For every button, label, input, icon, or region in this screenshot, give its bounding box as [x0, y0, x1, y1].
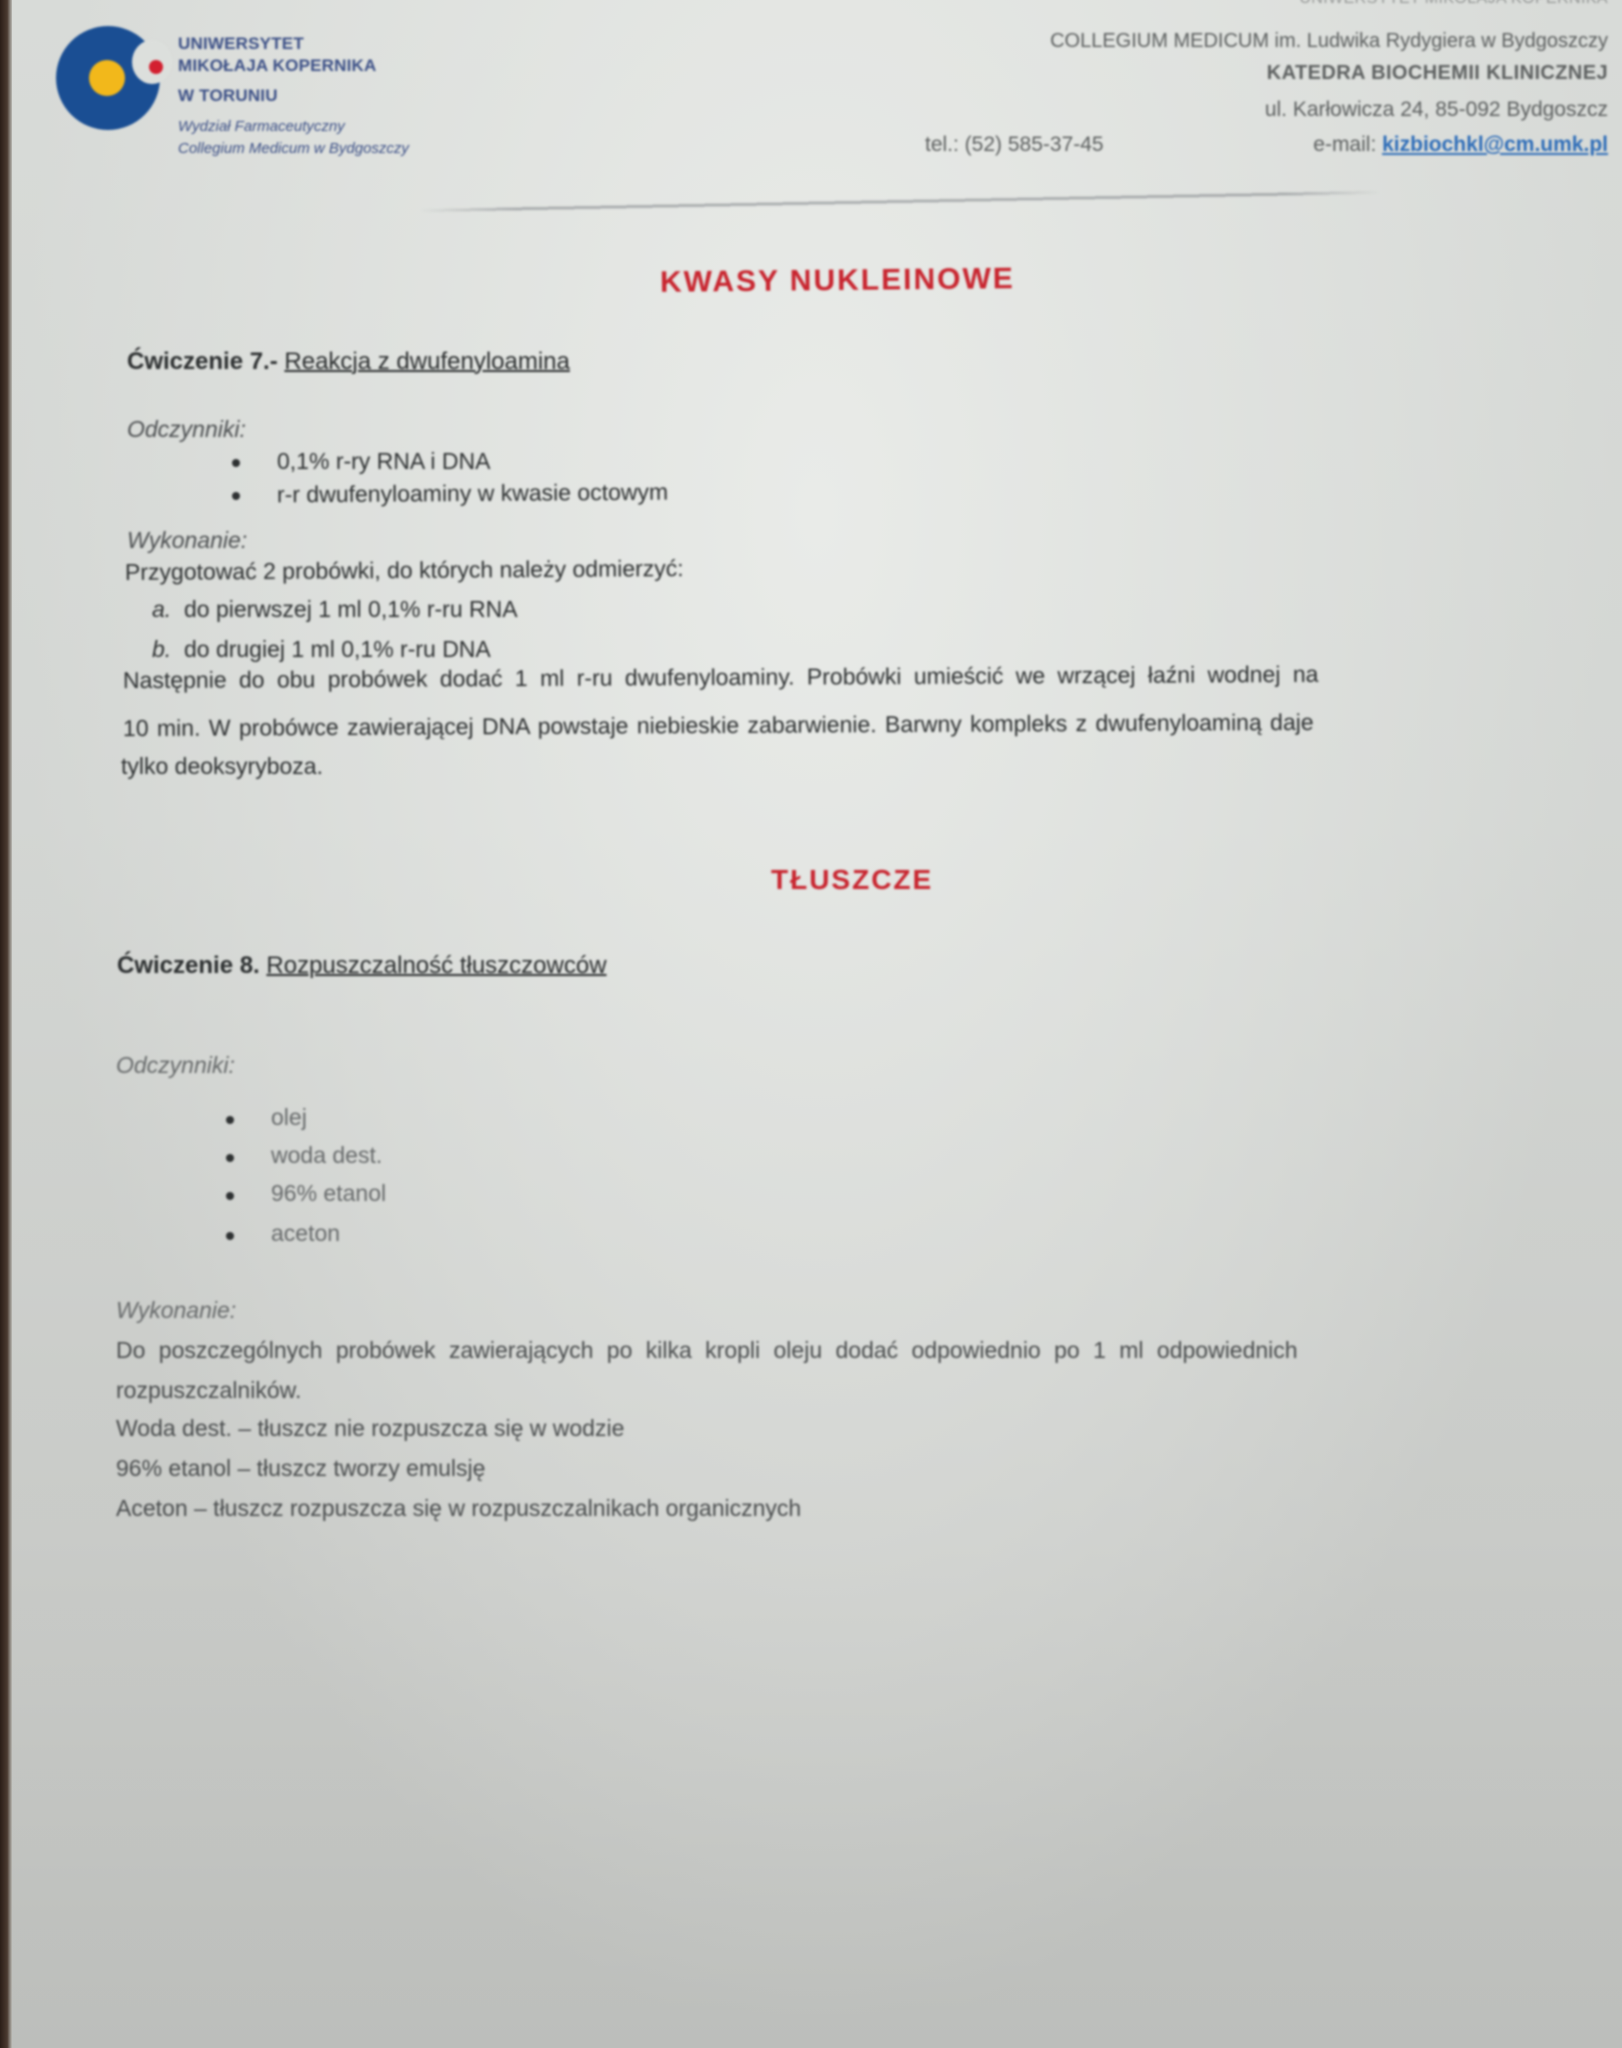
header-top-cut: UNIWERSYTET MIKOŁAJA KOPERNIKA: [1299, 0, 1608, 8]
logo-dot-icon: [149, 60, 163, 74]
result-line: Woda dest. – tłuszcz nie rozpuszcza się …: [116, 1415, 624, 1442]
step-a: a. do pierwszej 1 ml 0,1% r-ru RNA: [152, 596, 518, 623]
email-label: e-mail:: [1313, 133, 1376, 156]
exercise-7-title: Ćwiczenie 7.- Reakcja z dwufenyloamina: [127, 348, 570, 376]
reagent-item: r-r dwufenyloaminy w kwasie octowym: [277, 479, 668, 509]
desk-edge: [0, 0, 12, 2048]
reagent-item: 0,1% r-ry RNA i DNA: [277, 448, 490, 475]
paragraph-line: rozpuszczalników.: [116, 1377, 301, 1404]
faculty-name: Wydział Farmaceutyczny: [178, 118, 345, 135]
reagent-item: aceton: [271, 1220, 340, 1247]
paragraph-line: Do poszczególnych probówek zawierających…: [116, 1337, 1298, 1364]
paragraph-line: tylko deoksyryboza.: [121, 753, 323, 780]
step-marker: a.: [152, 596, 171, 622]
department-name: KATEDRA BIOCHEMII KLINICZNEJ: [1267, 62, 1608, 85]
address: ul. Karłowicza 24, 85-092 Bydgoszcz: [1265, 98, 1608, 122]
exercise-8-name: Rozpuszczalność tłuszczowców: [266, 952, 606, 979]
phone: tel.: (52) 585-37-45: [925, 133, 1104, 157]
exercise-7-number: Ćwiczenie 7.-: [127, 348, 278, 375]
paper-sheet: [12, 0, 1622, 2048]
university-name-line3: W TORUNIU: [178, 86, 278, 106]
step-text: do drugiej 1 ml 0,1% r-ru DNA: [184, 636, 491, 662]
bullet-icon: [226, 1116, 234, 1124]
result-line: Aceton – tłuszcz rozpuszcza się w rozpus…: [116, 1495, 801, 1522]
campus-name: Collegium Medicum w Bydgoszczy: [178, 140, 409, 157]
procedure-label-7: Wykonanie:: [127, 527, 247, 554]
email-link[interactable]: kizbiochkl@cm.umk.pl: [1382, 133, 1608, 156]
section-title-fats: TŁUSZCZE: [771, 864, 933, 896]
result-line: 96% etanol – tłuszcz tworzy emulsję: [116, 1455, 485, 1482]
step-marker: b.: [152, 636, 171, 662]
step-b: b. do drugiej 1 ml 0,1% r-ru DNA: [152, 636, 491, 663]
bullet-icon: [232, 459, 240, 467]
exercise-7-name: Reakcja z dwufenyloamina: [284, 348, 569, 375]
section-title-nucleic-acids: KWASY NUKLEINOWE: [660, 262, 1015, 300]
bullet-icon: [232, 492, 240, 500]
email-row: e-mail: kizbiochkl@cm.umk.pl: [1313, 133, 1608, 157]
university-name-line1: UNIWERSYTET: [178, 34, 304, 54]
university-name-line2: MIKOŁAJA KOPERNIKA: [178, 56, 376, 76]
reagent-item: 96% etanol: [271, 1180, 386, 1207]
reagents-label-8: Odczynniki:: [116, 1052, 235, 1079]
logo-core-icon: [89, 60, 125, 96]
exercise-8-number: Ćwiczenie 8.: [117, 952, 260, 979]
procedure-label-8: Wykonanie:: [116, 1297, 236, 1324]
institution-name: COLLEGIUM MEDICUM im. Ludwika Rydygiera …: [1050, 30, 1608, 53]
bullet-icon: [226, 1232, 234, 1240]
procedure-intro-7: Przygotować 2 probówki, do których należ…: [125, 555, 684, 586]
reagents-label-7: Odczynniki:: [127, 416, 246, 443]
reagent-item: olej: [271, 1104, 307, 1131]
bullet-icon: [226, 1154, 234, 1162]
step-text: do pierwszej 1 ml 0,1% r-ru RNA: [184, 596, 518, 622]
reagent-item: woda dest.: [271, 1142, 382, 1169]
exercise-8-title: Ćwiczenie 8. Rozpuszczalność tłuszczowcó…: [117, 952, 607, 980]
bullet-icon: [226, 1192, 234, 1200]
